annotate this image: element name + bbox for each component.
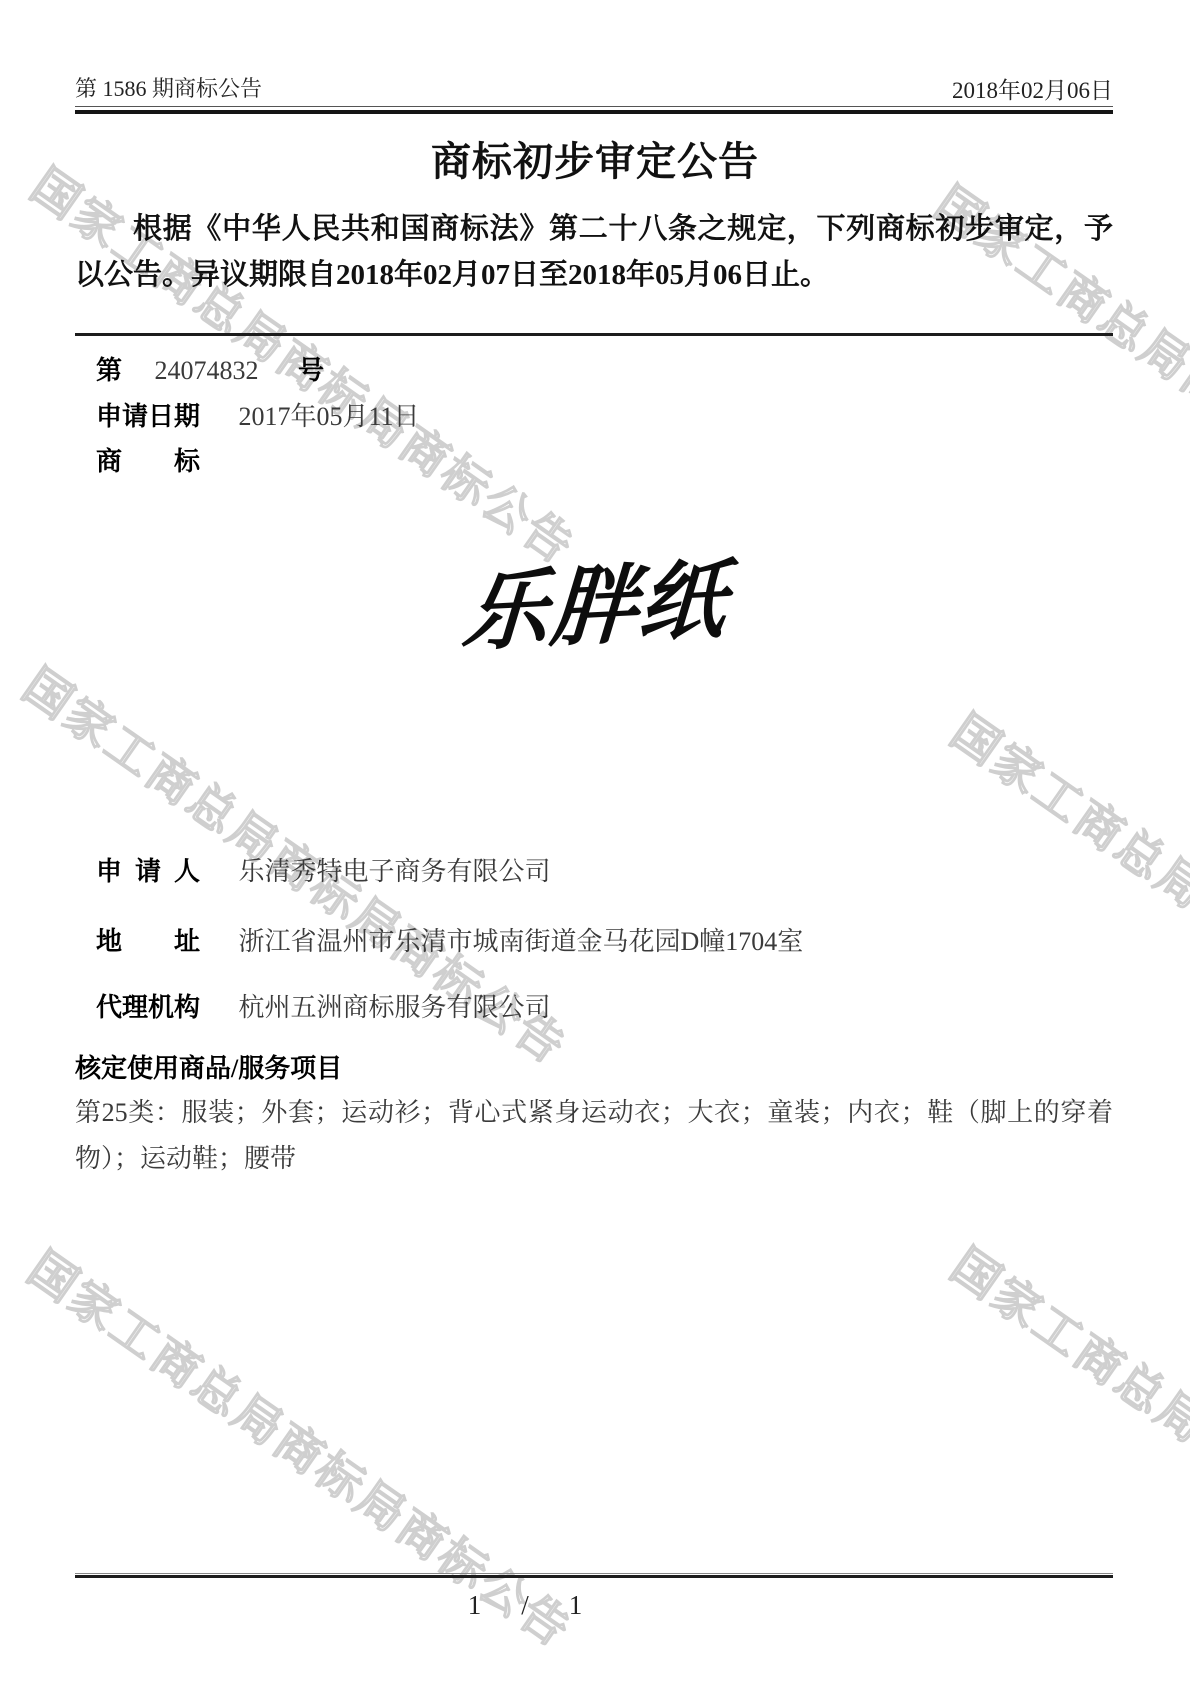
agent-row: 代理机构 杭州五洲商标服务有限公司 bbox=[96, 987, 551, 1024]
address-label: 地址 bbox=[96, 921, 200, 958]
page-number: 1/1 bbox=[75, 1590, 975, 1621]
trademark-calligraphy-text: 乐胖纸 bbox=[459, 530, 731, 668]
trademark-image: 乐胖纸 bbox=[430, 538, 760, 660]
trademark-label-row: 商标 bbox=[96, 441, 200, 478]
trademark-label: 商标 bbox=[96, 441, 200, 478]
page-number-separator: / bbox=[521, 1590, 529, 1620]
address-row: 地址 浙江省温州市乐清市城南街道金马花园D幢1704室 bbox=[96, 921, 803, 958]
application-date-value: 2017年05月11日 bbox=[239, 396, 420, 433]
application-number: 24074832 bbox=[155, 356, 292, 386]
page-number-current: 1 bbox=[468, 1590, 482, 1620]
header-rule-thick bbox=[75, 110, 1113, 114]
gazette-date: 2018年02月06日 bbox=[952, 72, 1113, 105]
application-number-prefix: 第 bbox=[96, 350, 148, 387]
intro-paragraph: 根据《中华人民共和国商标法》第二十八条之规定，下列商标初步审定，予以公告。异议期… bbox=[75, 206, 1113, 298]
application-number-row: 第 24074832 号 bbox=[96, 350, 324, 387]
address-value: 浙江省温州市乐清市城南街道金马花园D幢1704室 bbox=[239, 921, 804, 958]
applicant-name: 乐清秀特电子商务有限公司 bbox=[239, 851, 551, 888]
section-divider bbox=[75, 333, 1113, 336]
gazette-content: 第 1586 期商标公告 2018年02月06日 商标初步审定公告 根据《中华人… bbox=[0, 0, 1190, 1684]
application-number-suffix: 号 bbox=[298, 350, 324, 387]
gazette-page: 国家工商总局商标局商标公告 国家工商总局商标局商标公告 国家工商总局商标局商标公… bbox=[0, 0, 1190, 1684]
application-date-row: 申请日期 2017年05月11日 bbox=[96, 396, 420, 433]
goods-services-heading: 核定使用商品/服务项目 bbox=[75, 1048, 342, 1085]
agent-label: 代理机构 bbox=[96, 987, 200, 1024]
gazette-issue-label: 第 1586 期商标公告 bbox=[75, 72, 262, 103]
applicant-row: 申请人 乐清秀特电子商务有限公司 bbox=[96, 851, 551, 888]
agent-name: 杭州五洲商标服务有限公司 bbox=[239, 987, 551, 1024]
footer-rule bbox=[75, 1573, 1113, 1578]
goods-services-list: 第25类：服装；外套；运动衫；背心式紧身运动衣；大衣；童装；内衣；鞋（脚上的穿着… bbox=[75, 1090, 1113, 1182]
page-number-total: 1 bbox=[569, 1590, 583, 1620]
header-rule-thin bbox=[75, 106, 1113, 107]
page-title: 商标初步审定公告 bbox=[0, 130, 1190, 187]
application-date-label: 申请日期 bbox=[96, 396, 200, 433]
applicant-label: 申请人 bbox=[96, 851, 200, 888]
